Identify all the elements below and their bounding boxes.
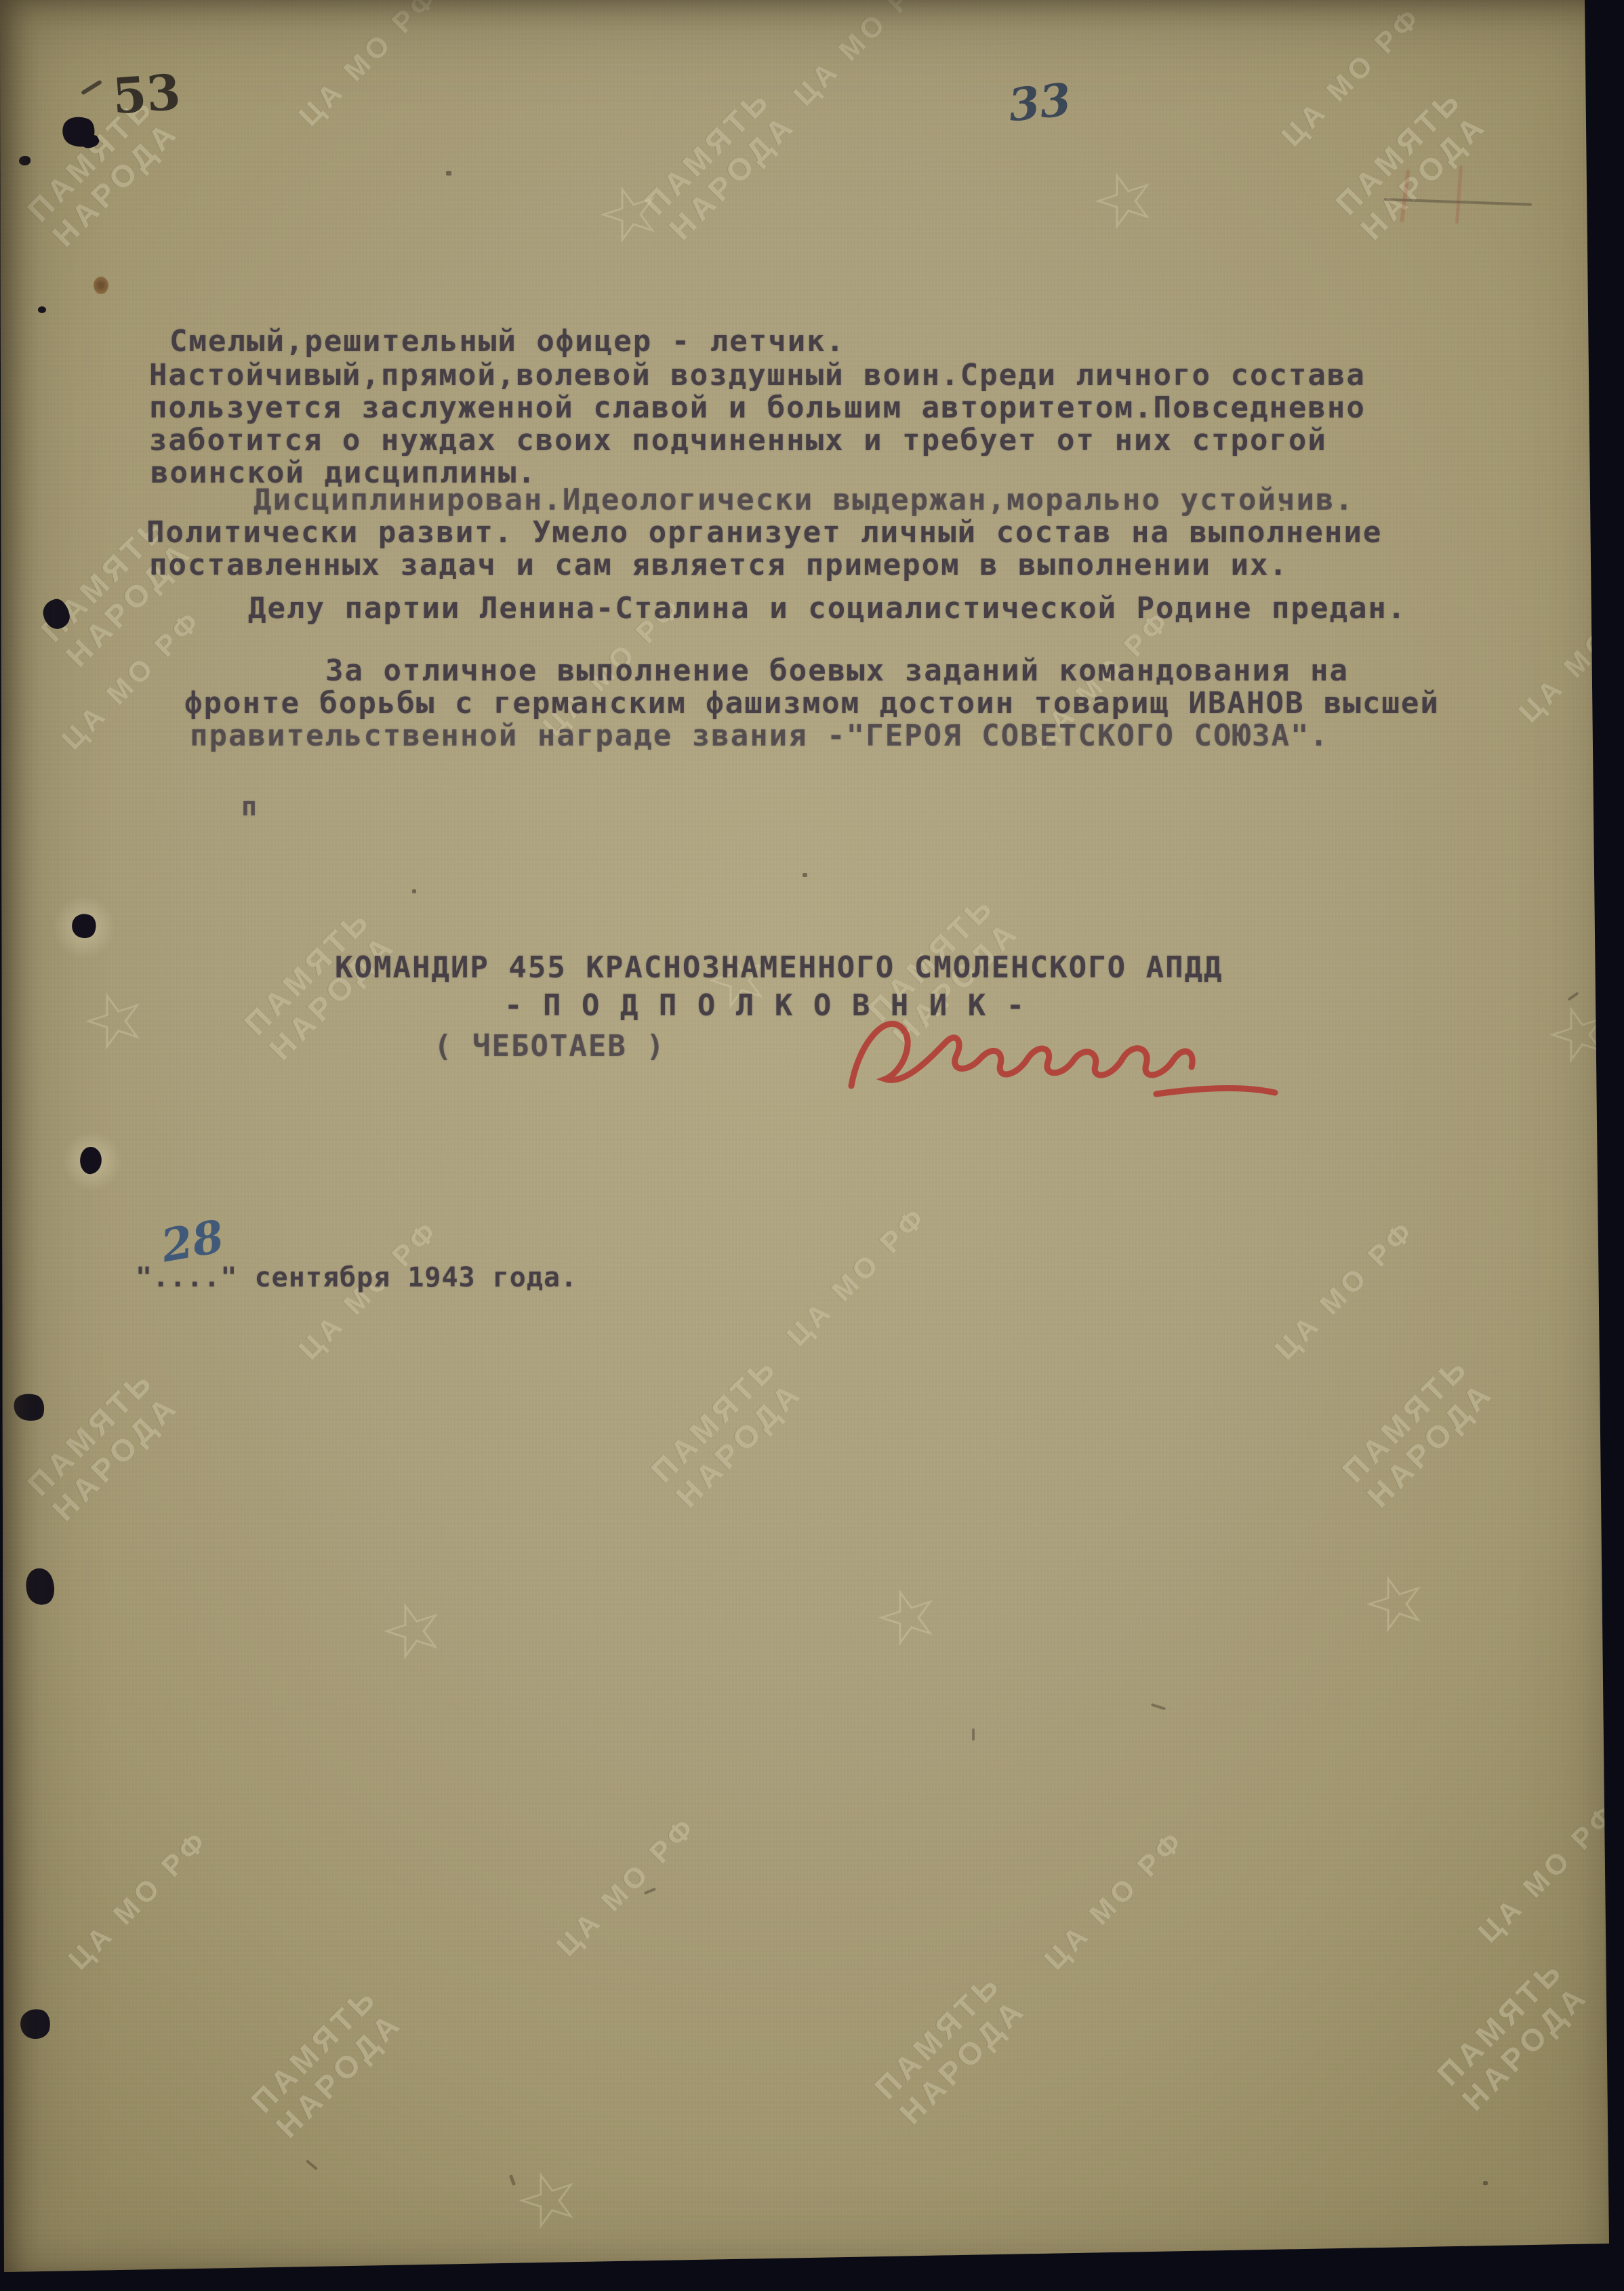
typed-line: поставленных задач и сам является пример… xyxy=(149,548,1288,582)
watermark-archive: ЦА МО РФ xyxy=(61,1822,216,1977)
archival-scan: ЦА МО РФ ЦА МО РФ ЦА МО РФ ЦА МО РФ ЦА М… xyxy=(0,0,1624,2291)
typed-line: Смелый,решительный офицер - летчик. xyxy=(169,324,845,359)
watermark-archive: ЦА МО РФ xyxy=(1511,575,1624,730)
watermark-archive: ЦА МО РФ xyxy=(1267,1212,1423,1367)
watermark-archive: ЦА МО РФ xyxy=(1037,1822,1192,1977)
typed-date: "...." сентября 1943 года. xyxy=(136,1262,577,1293)
watermark-memory: ПАМЯТЬНАРОДА xyxy=(20,1362,186,1528)
paper-speck xyxy=(412,889,416,893)
watermark-star-icon: ☆ xyxy=(1534,981,1624,1084)
paper-fiber xyxy=(1151,1703,1166,1711)
commander-title-line: КОМАНДИР 455 КРАСНОЗНАМЕННОГО СМОЛЕНСКОГ… xyxy=(335,950,1223,985)
watermark-archive: ЦА МО РФ xyxy=(1471,1795,1624,1950)
typed-line: Делу партии Ленина-Сталина и социалистич… xyxy=(248,591,1406,626)
typed-line: Дисциплинирован.Идеологически выдержан,м… xyxy=(253,483,1354,517)
watermark-archive: ЦА МО РФ xyxy=(779,1198,935,1354)
typed-line: Настойчивый,прямой,волевой воздушный вои… xyxy=(149,358,1366,392)
punch-hole xyxy=(18,2007,52,2041)
paper-speck xyxy=(1280,507,1284,511)
watermark-archive: ЦА МО РФ xyxy=(786,0,941,113)
watermark-memory: ПАМЯТЬНАРОДА xyxy=(644,1349,809,1514)
handwritten-day: 28 xyxy=(157,1210,228,1273)
watermark-star-icon: ☆ xyxy=(70,968,160,1071)
watermark-star-icon: ☆ xyxy=(1080,148,1170,251)
commander-signature-autograph xyxy=(838,991,1285,1127)
watermark-star-icon: ☆ xyxy=(1351,1551,1441,1654)
typed-line: пользуется заслуженной славой и большим … xyxy=(149,390,1366,425)
paper-fiber xyxy=(972,1728,975,1741)
paper-stain xyxy=(94,277,108,294)
punch-hole xyxy=(11,1390,48,1425)
watermark-archive: ЦА МО РФ xyxy=(291,0,447,134)
typed-line: заботится о нуждах своих подчиненных и т… xyxy=(149,423,1327,458)
watermark-memory: ПАМЯТЬНАРОДА xyxy=(1430,1952,1596,2117)
paper-fiber xyxy=(306,2160,318,2170)
typed-line: правительственной награде звания -"ГЕРОЯ… xyxy=(190,718,1329,753)
page-number-center: 33 xyxy=(1006,73,1074,131)
paper-speck xyxy=(803,873,807,877)
watermark-star-icon: ☆ xyxy=(368,1578,458,1681)
ink-blot xyxy=(38,306,46,313)
watermark-memory: ПАМЯТЬНАРОДА xyxy=(868,1966,1033,2131)
stray-typed-mark: п xyxy=(241,792,258,822)
paper-speck xyxy=(1483,2181,1488,2185)
document-paper: ЦА МО РФ ЦА МО РФ ЦА МО РФ ЦА МО РФ ЦА М… xyxy=(0,0,1624,2291)
pen-tick-mark xyxy=(81,79,102,95)
ink-blot xyxy=(19,156,31,165)
watermark-star-icon: ☆ xyxy=(863,1564,953,1667)
watermark-memory: ПАМЯТЬНАРОДА xyxy=(1335,1349,1501,1514)
punch-hole xyxy=(21,1565,60,1608)
watermark-star-icon: ☆ xyxy=(504,2147,594,2250)
commander-name-line: ( ЧЕБОТАЕВ ) xyxy=(434,1029,666,1063)
watermark-memory: ПАМЯТЬНАРОДА xyxy=(1328,81,1494,247)
typed-line: За отличное выполнение боевых заданий ко… xyxy=(325,653,1349,688)
red-pencil-smudge xyxy=(1455,165,1463,224)
typed-line: фронте борьбы с германским фашизмом дост… xyxy=(184,686,1440,721)
watermark-archive: ЦА МО РФ xyxy=(549,1808,704,1964)
typed-line: Политически развит. Умело организует лич… xyxy=(146,515,1382,550)
paper-speck xyxy=(446,171,451,176)
watermark-memory: ПАМЯТЬНАРОДА xyxy=(244,1979,409,2145)
page-number-left: 53 xyxy=(110,63,182,125)
